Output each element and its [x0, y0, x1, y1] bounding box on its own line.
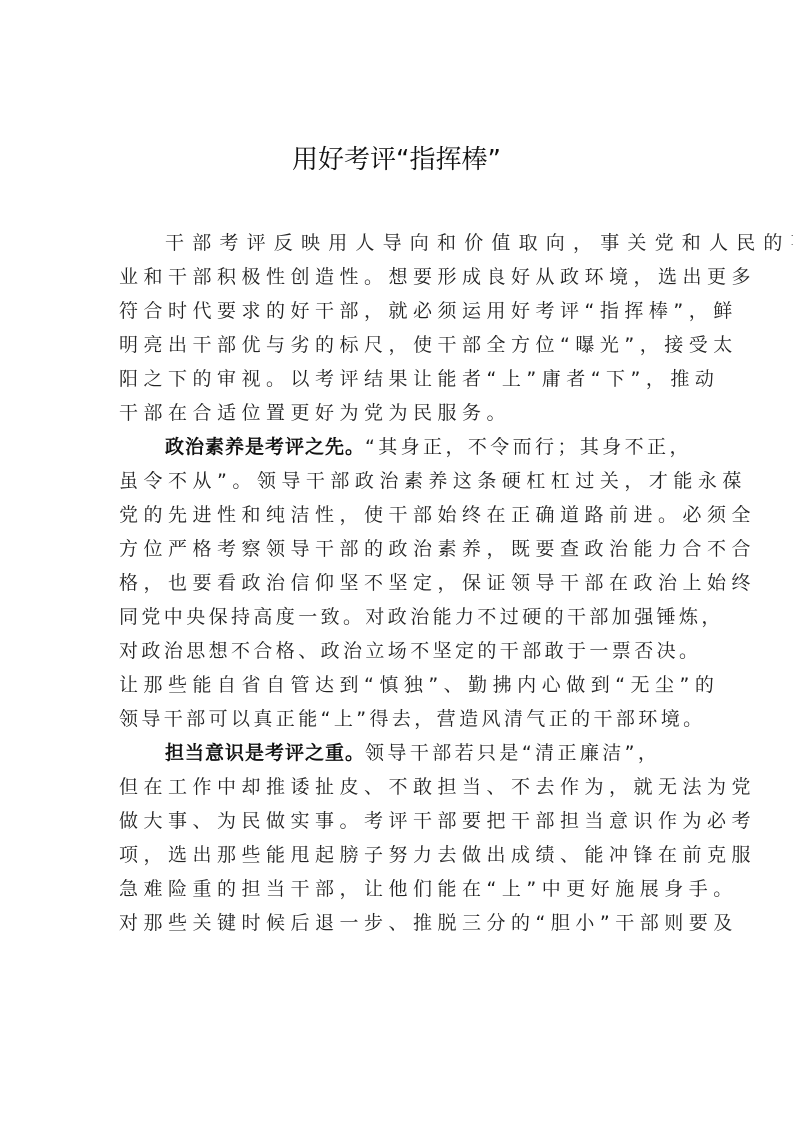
paragraph-1-line-3: 符合时代要求的好干部，就必须运用好考评“指挥棒”，鲜: [119, 294, 679, 328]
paragraph-3-heading: 担当意识是考评之重。: [165, 742, 365, 764]
paragraph-3-line-5: 急难险重的担当干部，让他们能在“上”中更好施展身手。: [119, 872, 679, 906]
paragraph-1-line-2: 业和干部积极性创造性。想要形成良好从政环境，选出更多: [119, 260, 679, 294]
paragraph-3-line-4: 项，选出那些能甩起膀子努力去做出成绩、能冲锋在前克服: [119, 838, 679, 872]
paragraph-2-heading: 政治素养是考评之先。: [165, 436, 365, 458]
paragraph-3-line-2: 但在工作中却推诿扯皮、不敢担当、不去作为，就无法为党: [119, 770, 679, 804]
paragraph-2-line-2: 虽令不从”。领导干部政治素养这条硬杠杠过关，才能永葆: [119, 464, 679, 498]
paragraph-3-line-6: 对那些关键时候后退一步、推脱三分的“胆小”干部则要及: [119, 906, 679, 940]
paragraph-2-line-6: 同党中央保持高度一致。对政治能力不过硬的干部加强锤炼，: [119, 600, 679, 634]
paragraph-3-line-1-text: 领导干部若只是“清正廉洁”，: [365, 742, 660, 764]
paragraph-1-line-4: 明亮出干部优与劣的标尺，使干部全方位“曝光”，接受太: [119, 328, 679, 362]
paragraph-2-line-3: 党的先进性和纯洁性，使干部始终在正确道路前进。必须全: [119, 498, 679, 532]
paragraph-1-line-1: 干部考评反映用人导向和价值取向，事关党和人民的事: [119, 226, 679, 260]
paragraph-3-line-3: 做大事、为民做实事。考评干部要把干部担当意识作为必考: [119, 804, 679, 838]
paragraph-2-line-9: 领导干部可以真正能“上”得去，营造风清气正的干部环境。: [119, 702, 679, 736]
paragraph-2-line-7: 对政治思想不合格、政治立场不坚定的干部敢于一票否决。: [119, 634, 679, 668]
document-body: 干部考评反映用人导向和价值取向，事关党和人民的事 业和干部积极性创造性。想要形成…: [119, 226, 679, 940]
paragraph-2-line-5: 格，也要看政治信仰坚不坚定，保证领导干部在政治上始终: [119, 566, 679, 600]
paragraph-2-line-1: 政治素养是考评之先。“其身正，不令而行；其身不正，: [119, 430, 679, 464]
paragraph-1-line-5: 阳之下的审视。以考评结果让能者“上”庸者“下”，推动: [119, 362, 679, 396]
paragraph-2-line-1-text: “其身正，不令而行；其身不正，: [365, 436, 692, 458]
document-title: 用好考评“指挥棒”: [0, 140, 793, 180]
paragraph-2-line-4: 方位严格考察领导干部的政治素养，既要查政治能力合不合: [119, 532, 679, 566]
paragraph-1-line-6: 干部在合适位置更好为党为民服务。: [119, 396, 679, 430]
paragraph-2-line-8: 让那些能自省自管达到“慎独”、勤拂内心做到“无尘”的: [119, 668, 679, 702]
paragraph-3-line-1: 担当意识是考评之重。领导干部若只是“清正廉洁”，: [119, 736, 679, 770]
